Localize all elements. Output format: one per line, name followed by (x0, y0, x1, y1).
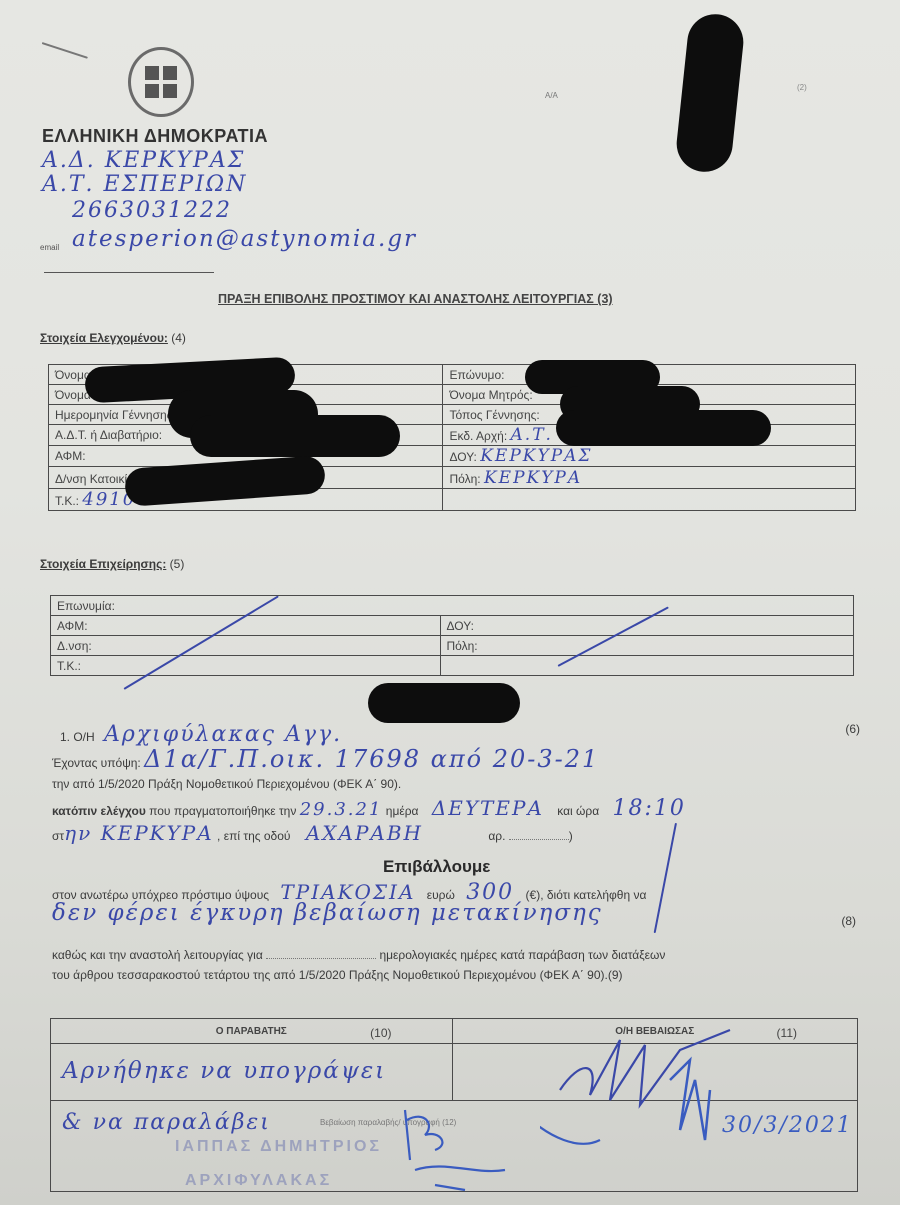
location-place-value: ην ΚΕΡΚΥΡΑ (64, 821, 214, 845)
field-tax-office[interactable]: ΔΟΥ: ΚΕΡΚΥΡΑΣ (443, 446, 856, 467)
section-controlled-person: Στοιχεία Ελεγχομένου: (4) (40, 331, 186, 345)
offender-header: Ο ΠΑΡΑΒΑΤΗΣ (10) (51, 1019, 453, 1044)
email-value: atesperion@astynomia.gr (72, 226, 417, 252)
officer-line: 1. Ο/Η Αρχιφύλακας Αγγ. (6) (60, 722, 860, 747)
reason-value: δεν φέρει έγκυρη βεβαίωση μετακίνησης (52, 900, 603, 926)
pen-stroke (42, 42, 88, 59)
authority-line-1: Α.Δ. ΚΕΡΚΥΡΑΣ (42, 148, 245, 173)
table-row: Επωνυμία: (51, 596, 854, 616)
considering-line: Έχοντας υπόψη: Δ1α/Γ.Π.οικ. 17698 από 20… (52, 745, 599, 773)
section-note: (5) (170, 557, 185, 571)
section-label: Στοιχεία Επιχείρησης: (40, 557, 166, 571)
street-number-field (509, 839, 569, 840)
offender-remark-line-1: Αρνήθηκε να υπογράψει (62, 1058, 386, 1084)
coat-of-arms-icon (128, 47, 194, 117)
city-value: ΚΕΡΚΥΡΑ (484, 468, 582, 488)
stamp-rank: ΑΡΧΙΦΥΛΑΚΑΣ (185, 1172, 332, 1190)
redaction (556, 410, 771, 446)
republic-heading: ΕΛΛΗΝΙΚΗ ΔΗΜΟΚΡΑΤΙΑ (42, 126, 268, 147)
table-row: Δ.νση: Πόλη: (51, 636, 854, 656)
field-business-afm[interactable]: ΑΦΜ: (51, 616, 441, 636)
section-note: (4) (171, 331, 186, 345)
stamp-name: ΙΑΠΠΑΣ ΔΗΜΗΤΡΙΟΣ (175, 1138, 382, 1156)
section-business: Στοιχεία Επιχείρησης: (5) (40, 557, 184, 571)
officer-signature (540, 1020, 780, 1170)
street-value: ΑΧΑΡΑΒΗ (306, 821, 423, 845)
email-label: email (40, 243, 59, 252)
suspension-line: καθώς και την αναστολή λειτουργίας για η… (52, 948, 852, 962)
authority-line-2: Α.Τ. ΕΣΠΕΡΙΩΝ (42, 172, 247, 197)
legal-ref-value: Δ1α/Γ.Π.οικ. 17698 από 20-3-21 (144, 745, 599, 773)
reason-line: δεν φέρει έγκυρη βεβαίωση μετακίνησης (8… (52, 900, 852, 926)
sign-date: 30/3/2021 (722, 1113, 853, 1138)
field-business-address[interactable]: Δ.νση: (51, 636, 441, 656)
impose-heading: Επιβάλλουμε (383, 857, 490, 877)
business-table: Επωνυμία: ΑΦΜ: ΔΟΥ: Δ.νση: Πόλη: Τ.Κ.: (50, 595, 854, 676)
legal-basis-line: την από 1/5/2020 Πράξη Νομοθετικού Περιε… (52, 777, 401, 791)
receipt-signature (395, 1090, 515, 1200)
note-6: (6) (845, 722, 860, 736)
redaction (368, 683, 520, 723)
form-title: ΠΡΑΞΗ ΕΠΙΒΟΛΗΣ ΠΡΟΣΤΙΜΟΥ ΚΑΙ ΑΝΑΣΤΟΛΗΣ Λ… (218, 292, 613, 306)
inspection-day-value: ΔΕΥΤΕΡΑ (432, 796, 544, 820)
table-row: ΑΦΜ: ΔΟΥ: (51, 616, 854, 636)
field-business-city[interactable]: Πόλη: (440, 636, 853, 656)
officer-rank-value: Αρχιφύλακας Αγγ. (104, 722, 342, 747)
inspection-line: κατόπιν ελέγχου που πραγματοποιήθηκε την… (52, 796, 852, 821)
note-8: (8) (841, 914, 856, 928)
article-line: του άρθρου τεσσαρακοστού τετάρτου της απ… (52, 968, 623, 982)
tax-office-value: ΚΕΡΚΥΡΑΣ (480, 446, 592, 466)
field-city[interactable]: Πόλη: ΚΕΡΚΥΡΑ (443, 467, 856, 489)
email-underline (44, 272, 214, 273)
ref-note: (2) (797, 83, 807, 92)
phone-number: 2663031222 (72, 198, 232, 223)
field-empty (443, 489, 856, 511)
section-label: Στοιχεία Ελεγχομένου: (40, 331, 168, 345)
suspension-days-field (266, 958, 376, 959)
redaction (190, 415, 400, 457)
field-empty (440, 656, 853, 676)
offender-remark-line-2: & να παραλάβει (62, 1110, 271, 1135)
field-business-name[interactable]: Επωνυμία: (51, 596, 854, 616)
redaction (674, 12, 746, 175)
inspection-time-value: 18:10 (613, 796, 686, 821)
ref-label: Α/Α (545, 91, 558, 100)
field-business-postal-code[interactable]: Τ.Κ.: (51, 656, 441, 676)
inspection-date-value: 29.3.21 (300, 799, 383, 820)
table-row: ΑΦΜ: ΔΟΥ: ΚΕΡΚΥΡΑΣ (49, 446, 856, 467)
location-line: στην ΚΕΡΚΥΡΑ , επί της οδού ΑΧΑΡΑΒΗ αρ. … (52, 821, 752, 845)
